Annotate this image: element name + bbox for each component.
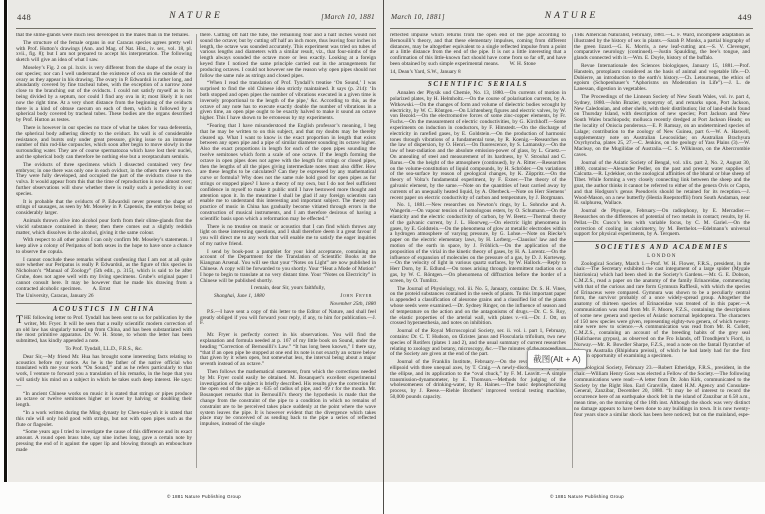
section-heading: SOCIETIES AND ACADEMIES xyxy=(574,245,750,251)
column-2: THE American Naturalist, February, 1881.… xyxy=(574,33,750,471)
paragraph: Moseley’s Fig. 2 on pl. lxxiv. is very d… xyxy=(16,66,192,124)
paragraph: No. 1, 1881.—New researches on Newton’s … xyxy=(390,203,566,284)
text-columns: that the slime-glands were much less dev… xyxy=(16,33,376,471)
copyright-watermark-right: © 1881 Nature Publishing Group xyxy=(550,494,624,499)
journal-title: NATURE xyxy=(169,11,223,21)
paragraph: Annalen der Physik und Chemie, No. 13, 1… xyxy=(390,91,566,201)
paragraph: November 25th, 1880 xyxy=(200,302,376,308)
issue-date: [March 10, 1881 xyxy=(321,12,375,21)
paragraph: There is no treatise on music or acousti… xyxy=(200,225,376,248)
paragraph: Animals thrown alive into alcohol pour f… xyxy=(16,219,192,236)
header-rule xyxy=(390,28,753,29)
paragraph: With respect to all other points I can o… xyxy=(16,238,192,255)
signature-place-date: Shanghai, June 1, 1880 xyxy=(200,294,264,300)
paragraph: THE following letter to Prof. Tyndall ha… xyxy=(16,316,192,345)
paragraph: Journal de Physique, February.—On radiop… xyxy=(574,209,750,238)
page-divider-line xyxy=(383,0,384,514)
paragraph: I remain, dear Sir, yours faithfully, xyxy=(200,286,376,292)
paragraph: The University, Caracas, January 26 xyxy=(16,294,192,300)
screenshot-shortcut-tooltip[interactable]: 截图(Alt + A) xyxy=(527,349,587,369)
paragraph: “Fearing that I have misunderstood the E… xyxy=(200,124,376,223)
paragraph: Dear Sir,—My friend Mr. Hua has brought … xyxy=(16,355,192,390)
paragraph: “In ancient Chinese works on music it is… xyxy=(16,392,192,409)
drop-cap: T xyxy=(16,316,24,326)
section-subheading: LONDON xyxy=(574,254,750,260)
signature-name: John Fryer xyxy=(340,294,376,300)
issue-date: March 10, 1881] xyxy=(391,12,445,21)
paragraph: There is however in our species no trace… xyxy=(16,126,192,161)
page-header: March 10, 1881] NATURE 449 xyxy=(390,11,753,26)
paragraph: “Some years ago I tried to investigate t… xyxy=(16,430,192,453)
paragraph: Zoological Society, March 1.—Prof. W. H.… xyxy=(574,262,750,361)
paragraph: The oviducts of three specimens which I … xyxy=(16,163,192,198)
section-divider xyxy=(574,241,750,242)
column-rule xyxy=(196,34,197,468)
paragraph: I send by book-post a pamphlet for your … xyxy=(200,250,376,285)
paragraph: Then follows the mathematical statement,… xyxy=(200,370,376,428)
column-1: reflected impulse which returns from the… xyxy=(390,33,566,471)
scan-edge-line xyxy=(4,0,7,482)
page-number: 449 xyxy=(738,12,752,22)
column-1: that the slime-glands were much less dev… xyxy=(16,33,192,471)
section-divider xyxy=(16,303,192,304)
section-heading: ACOUSTICS IN CHINA xyxy=(16,307,192,313)
column-rule xyxy=(572,34,573,468)
paragraph: The Proceedings of the Linnean Society o… xyxy=(574,95,750,159)
paragraph: Journal of the Asiatic Society of Bengal… xyxy=(574,161,750,207)
section-heading: SCIENTIFIC SERIALS xyxy=(390,82,566,88)
text-columns: reflected impulse which returns from the… xyxy=(390,33,753,471)
paragraph: To Prof. Tyndall, LL.D., F.R.S., &c. xyxy=(16,347,192,353)
page-header: 448 NATURE [March 10, 1881 xyxy=(16,11,376,26)
section-divider xyxy=(390,79,566,80)
paragraph: P.S.—I have sent a copy of this letter t… xyxy=(200,310,376,327)
paragraph: Mr. Fryer is perfectly correct in his ob… xyxy=(200,333,376,368)
paragraph: The Journal of Physiology, vol. iii. No.… xyxy=(390,287,566,328)
paragraph: The structure of the female organs in ou… xyxy=(16,41,192,64)
page-number: 448 xyxy=(17,12,31,22)
journal-title: NATURE xyxy=(545,11,599,21)
paragraph: there. Cutting off half the tube, the re… xyxy=(200,33,376,79)
paragraph: It is probable that the oviducts of P. E… xyxy=(16,200,192,217)
paragraph: Revue Internationale des Sciences biolog… xyxy=(574,64,750,93)
copyright-watermark-left: © 1881 Nature Publishing Group xyxy=(167,494,241,499)
page-449: March 10, 1881] NATURE 449 reflected imp… xyxy=(390,11,753,471)
paragraph: “In a work written during the Ming dynas… xyxy=(16,411,192,428)
paragraph: THE American Naturalist, February, 1881.… xyxy=(574,33,750,62)
header-rule xyxy=(16,28,376,29)
paragraph: Geological Society, February 23.—Robert … xyxy=(574,366,750,418)
paragraph: 14, Dean’s Yard, S.W., January 8 xyxy=(390,70,566,76)
paragraph: reflected impulse which returns from the… xyxy=(390,33,566,68)
paragraph: “When I read the translation of Prof. Ty… xyxy=(200,81,376,122)
page-448: 448 NATURE [March 10, 1881 that the slim… xyxy=(16,11,376,471)
paragraph: that the slime-glands were much less dev… xyxy=(16,33,192,39)
column-2: there. Cutting off half the tube, the re… xyxy=(200,33,376,471)
signature-row: Shanghai, June 1, 1880John Fryer xyxy=(200,294,376,300)
paragraph: I cannot conclude these remarks without … xyxy=(16,258,192,293)
